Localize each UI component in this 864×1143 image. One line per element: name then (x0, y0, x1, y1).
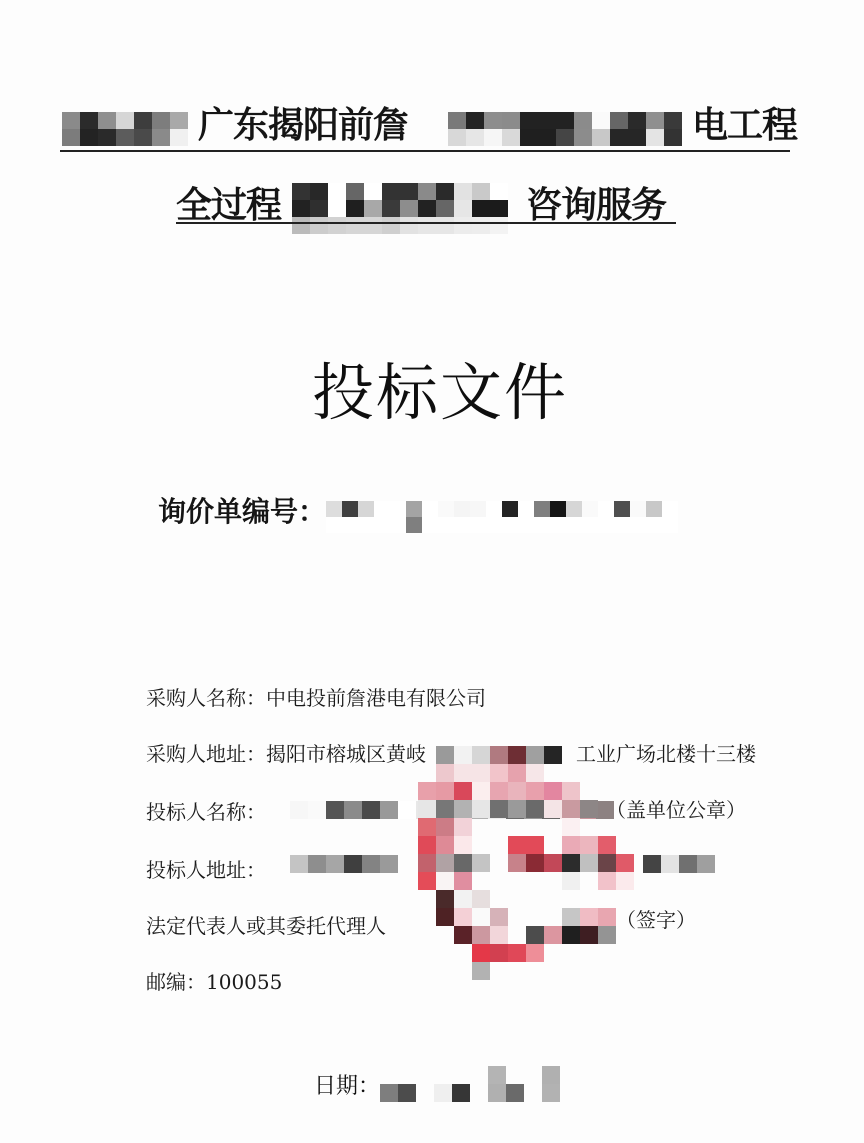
postcode-value: 100055 (206, 970, 282, 994)
bidder-address-label: 投标人地址： (146, 858, 266, 882)
purchaser-name: 采购人名称：中电投前詹港电有限公司 (146, 684, 486, 712)
redacted-bidder-address (290, 855, 398, 873)
purchaser-address-value-start: 揭阳市榕城区黄岐 (266, 742, 426, 766)
main-title: 投标文件 (312, 358, 568, 428)
purchaser-address-label: 采购人地址： (146, 742, 266, 766)
purchaser-name-label: 采购人名称： (146, 686, 266, 710)
redacted-date (380, 1066, 560, 1102)
redacted-title-line2 (292, 183, 508, 234)
inquiry-number-label: 询价单编号： (158, 494, 326, 530)
title-underline-1 (60, 150, 790, 152)
project-title-line1-suffix: 电工程 (692, 104, 797, 148)
bidder-name-label: 投标人名称： (146, 800, 266, 824)
redacted-inquiry-number (326, 501, 678, 533)
purchaser-name-value: 中电投前詹港电有限公司 (266, 686, 486, 710)
bidder-address: 投标人地址： (146, 856, 266, 884)
project-title-line1-visible: 广东揭阳前詹 (198, 104, 408, 148)
redacted-company-seal (418, 746, 634, 980)
legal-rep-label: 法定代表人或其委托代理人 (146, 914, 386, 938)
bidder-name: 投标人名称： (146, 798, 266, 826)
purchaser-address: 采购人地址：揭阳市榕城区黄岐 (146, 740, 426, 768)
title-underline-2 (176, 222, 676, 224)
redacted-title-prefix (62, 112, 188, 146)
redacted-bidder-address-tail (643, 855, 715, 873)
postcode-label: 邮编： (146, 970, 206, 994)
date-label: 日期： (314, 1072, 380, 1102)
legal-representative: 法定代表人或其委托代理人 (146, 912, 386, 940)
redacted-title-middle (448, 112, 682, 146)
postcode: 邮编：100055 (146, 968, 282, 996)
